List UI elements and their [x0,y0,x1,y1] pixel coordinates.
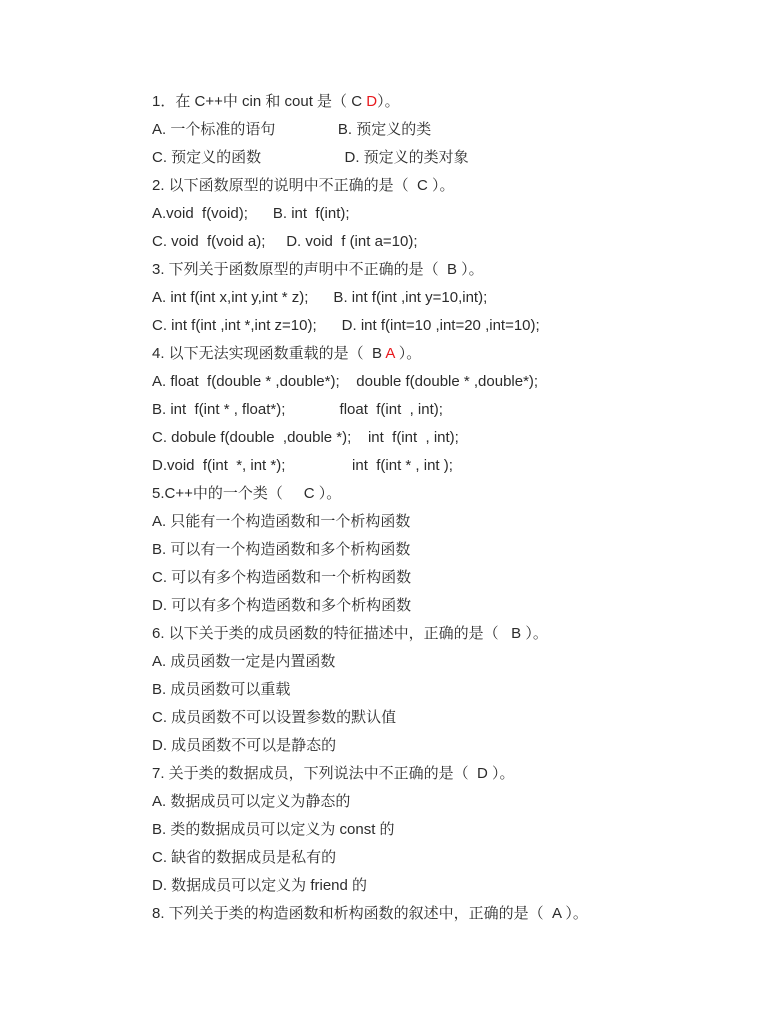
question-4-option-line: B. int f(int * , float*); float f(int , … [152,396,588,424]
question-2-option-line: A.void f(void); B. int f(int); [152,200,588,228]
question-7-option-line: D. 数据成员可以定义为 friend 的 [152,872,588,900]
question-2: 2. 以下函数原型的说明中不正确的是（ C ）。A.void f(void); … [152,172,588,256]
text-segment: A. 只能有一个构造函数和一个析构函数 [152,513,410,530]
question-4-option-line: D.void f(int *, int *); int f(int * , in… [152,452,588,480]
text-segment: 6. 以下关于类的成员函数的特征描述中，正确的是（ B ）。 [152,625,548,642]
question-8: 8. 下列关于类的构造函数和析构函数的叙述中，正确的是（ A ）。 [152,900,588,928]
text-segment: 8. 下列关于类的构造函数和析构函数的叙述中，正确的是（ A ）。 [152,905,588,922]
question-4-stem: 4. 以下无法实现函数重载的是（ B A ）。 [152,340,588,368]
text-segment: D. 可以有多个构造函数和多个析构函数 [152,597,411,614]
question-4-option-line: C. dobule f(double ,double *); int f(int… [152,424,588,452]
question-2-stem: 2. 以下函数原型的说明中不正确的是（ C ）。 [152,172,588,200]
document-page: 1．在 C++中 cin 和 cout 是（ C D）。A. 一个标准的语句 B… [0,0,768,1024]
question-7-option-line: C. 缺省的数据成员是私有的 [152,844,588,872]
text-segment: ）。 [395,345,422,362]
text-segment: 1．在 C++中 cin 和 cout 是（ C [152,93,366,110]
question-5-option-line: C. 可以有多个构造函数和一个析构函数 [152,564,588,592]
question-7: 7. 关于类的数据成员，下列说法中不正确的是（ D ）。A. 数据成员可以定义为… [152,760,588,900]
text-segment: B. int f(int * , float*); float f(int , … [152,401,443,418]
text-segment: B. 类的数据成员可以定义为 const 的 [152,821,395,838]
question-1-option-line: C. 预定义的函数 D. 预定义的类对象 [152,144,588,172]
text-segment: 7. 关于类的数据成员，下列说法中不正确的是（ D ）。 [152,765,515,782]
question-2-option-line: C. void f(void a); D. void f (int a=10); [152,228,588,256]
question-5: 5.C++中的一个类（ C ）。A. 只能有一个构造函数和一个析构函数B. 可以… [152,480,588,620]
text-segment: A. int f(int x,int y,int * z); B. int f(… [152,289,487,306]
text-segment: D.void f(int *, int *); int f(int * , in… [152,457,453,474]
question-5-option-line: D. 可以有多个构造函数和多个析构函数 [152,592,588,620]
question-6-option-line: A. 成员函数一定是内置函数 [152,648,588,676]
question-6-option-line: B. 成员函数可以重载 [152,676,588,704]
question-3-option-line: C. int f(int ,int *,int z=10); D. int f(… [152,312,588,340]
question-7-option-line: B. 类的数据成员可以定义为 const 的 [152,816,588,844]
text-segment: D. 成员函数不可以是静态的 [152,737,336,754]
question-3: 3. 下列关于函数原型的声明中不正确的是（ B ）。A. int f(int x… [152,256,588,340]
question-1: 1．在 C++中 cin 和 cout 是（ C D）。A. 一个标准的语句 B… [152,88,588,172]
text-segment: A.void f(void); B. int f(int); [152,205,350,222]
question-3-option-line: A. int f(int x,int y,int * z); B. int f(… [152,284,588,312]
text-segment: 4. 以下无法实现函数重载的是（ B [152,345,385,362]
text-segment: C. 成员函数不可以设置参数的默认值 [152,709,396,726]
question-6: 6. 以下关于类的成员函数的特征描述中，正确的是（ B ）。A. 成员函数一定是… [152,620,588,760]
question-5-option-line: A. 只能有一个构造函数和一个析构函数 [152,508,588,536]
text-segment: A. 一个标准的语句 B. 预定义的类 [152,121,431,138]
question-5-option-line: B. 可以有一个构造函数和多个析构函数 [152,536,588,564]
text-segment: C. 预定义的函数 D. 预定义的类对象 [152,149,469,166]
text-segment: 5.C++中的一个类（ C ）。 [152,485,341,502]
question-4: 4. 以下无法实现函数重载的是（ B A ）。A. float f(double… [152,340,588,480]
text-segment: 2. 以下函数原型的说明中不正确的是（ C ）。 [152,177,455,194]
text-segment: D. 数据成员可以定义为 friend 的 [152,877,367,894]
quiz-content: 1．在 C++中 cin 和 cout 是（ C D）。A. 一个标准的语句 B… [152,88,588,928]
text-segment: A. 成员函数一定是内置函数 [152,653,335,670]
question-8-stem: 8. 下列关于类的构造函数和析构函数的叙述中，正确的是（ A ）。 [152,900,588,928]
question-1-stem: 1．在 C++中 cin 和 cout 是（ C D）。 [152,88,588,116]
question-5-stem: 5.C++中的一个类（ C ）。 [152,480,588,508]
text-segment: ）。 [377,93,400,110]
question-7-option-line: A. 数据成员可以定义为静态的 [152,788,588,816]
text-segment: C. 可以有多个构造函数和一个析构函数 [152,569,411,586]
question-3-stem: 3. 下列关于函数原型的声明中不正确的是（ B ）。 [152,256,588,284]
text-segment: C. int f(int ,int *,int z=10); D. int f(… [152,317,540,334]
text-segment: A. float f(double * ,double*); double f(… [152,373,538,390]
question-6-option-line: C. 成员函数不可以设置参数的默认值 [152,704,588,732]
text-segment: C. dobule f(double ,double *); int f(int… [152,429,459,446]
question-6-stem: 6. 以下关于类的成员函数的特征描述中，正确的是（ B ）。 [152,620,588,648]
question-7-stem: 7. 关于类的数据成员，下列说法中不正确的是（ D ）。 [152,760,588,788]
text-segment: B. 可以有一个构造函数和多个析构函数 [152,541,410,558]
answer-mark: D [366,93,377,110]
text-segment: 3. 下列关于函数原型的声明中不正确的是（ B ）。 [152,261,484,278]
text-segment: C. 缺省的数据成员是私有的 [152,849,336,866]
answer-mark: A [385,345,394,362]
question-6-option-line: D. 成员函数不可以是静态的 [152,732,588,760]
question-1-option-line: A. 一个标准的语句 B. 预定义的类 [152,116,588,144]
question-4-option-line: A. float f(double * ,double*); double f(… [152,368,588,396]
text-segment: B. 成员函数可以重载 [152,681,290,698]
text-segment: C. void f(void a); D. void f (int a=10); [152,233,418,250]
text-segment: A. 数据成员可以定义为静态的 [152,793,350,810]
